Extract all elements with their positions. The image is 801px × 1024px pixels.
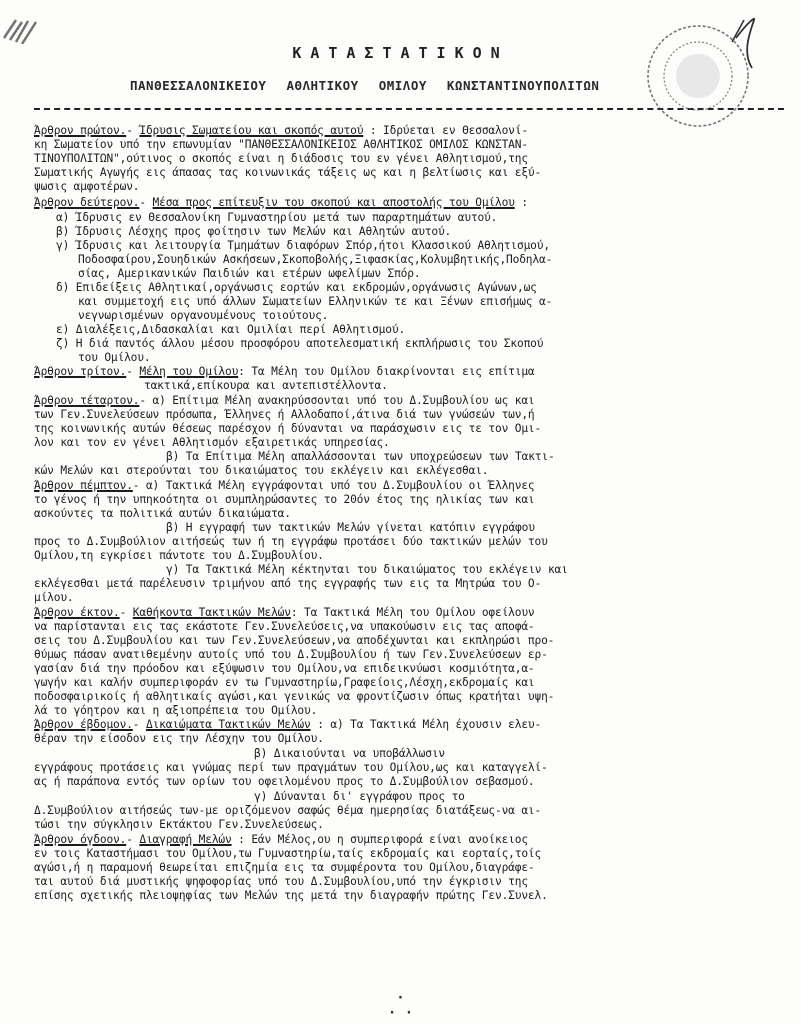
text-line: γ) Δύνανται δι' εγγράφου προς το [254, 790, 465, 804]
line-text: των Γεν.Συνελεύσεων πρόσωπα, Έλληνες ή Α… [34, 408, 535, 421]
line-text: ας ή παράπονα εντός των ορίων του οφειλο… [34, 775, 535, 788]
line-text: του Ομίλου. [78, 351, 150, 364]
text-line: β) Τα Επίτιμα Μέλη απαλλάσσονται των υπο… [166, 450, 555, 464]
text-line: κη Σωματείον υπό την επωνυμίαν "ΠΑΝΘΕΣΣΑ… [34, 138, 528, 152]
text-line: ε) Διαλέξεις,Διδασκαλίαι και Ομιλίαι περ… [56, 323, 405, 337]
line-text: θέραν την είσοδον εις την Λέσχην του Ομί… [34, 732, 324, 745]
article-number: Άρθρον έκτον. [34, 606, 120, 619]
line-text: - [126, 124, 139, 137]
article-topic: Μέσα προς επίτευξιν του σκοπού και αποστ… [153, 196, 515, 209]
text-line: θύμως πάσαν ανατιθεμένην αυτοίς υπό του … [34, 648, 548, 662]
line-text: : [515, 196, 528, 209]
line-text: γωγήν και καλήν συμπεριφοράν εν τω Γυμνα… [34, 676, 535, 689]
club-seal-stamp-icon [640, 12, 770, 130]
line-text: : Εάν Μέλος,ου η συμπεριφορά είναι ανοίκ… [232, 833, 528, 846]
text-line: ας ή παράπονα εντός των ορίων του οφειλο… [34, 775, 535, 789]
line-text: - [133, 718, 146, 731]
article-topic: Δικαιώματα Τακτικών Μελών [146, 718, 311, 731]
ending-mark: · · [0, 1005, 801, 1021]
line-text: ται αυτού διά μυστικής ψηφοφορίας υπό το… [34, 875, 528, 888]
line-text: εκλέγεσθαι μετά παρέλευσιν τριμήνου από … [34, 577, 541, 590]
line-text: γασίαν διά την πρόοδον και εξύψωσιν του … [34, 662, 535, 675]
text-line: τακτικά,επίκουρα και αντεπιστέλλοντα. [144, 379, 388, 393]
article-heading-line: Άρθρον τέταρτον.- α) Επίτιμα Μέλη ανακηρ… [34, 394, 535, 408]
scanned-page: ΚΑΤΑΣΤΑΤΙΚΟΝ ΠΑΝΘΕΣΣΑΛΟΝΙΚΕΙΟΥ ΑΘΛΗΤΙΚΟΥ… [0, 0, 801, 1024]
line-text: εν τοις Καταστήμασι του Ομίλου,τω Γυμνασ… [34, 847, 541, 860]
line-text: - [139, 196, 152, 209]
text-line: νεγνωρισμένων οργανουμένους τοιούτους. [78, 309, 328, 323]
line-text: α) Ίδρυσις εν Θεσσαλονίκη Γυμναστηρίου μ… [56, 211, 497, 224]
text-line: τώσι την σύγκλησιν Εκτάκτου Γεν.Συνελεύσ… [34, 818, 324, 832]
line-text: νεγνωρισμένων οργανουμένους τοιούτους. [78, 309, 328, 322]
text-line: να παρίστανται εις τας εκάστοτε Γεν.Συνε… [34, 620, 535, 634]
article-topic: Διαγραφή Μελών [139, 833, 231, 846]
text-line: δ) Επιδείξεις Αθλητικαί,οργάνωσις εορτών… [56, 281, 537, 295]
text-line: του Ομίλου. [78, 351, 150, 365]
line-text: σεις του Δ.Συμβουλίου και των Γεν.Συνελε… [34, 634, 554, 647]
line-text: Σωματικής Αγωγής εις άπασας τας κοινωνικ… [34, 166, 541, 179]
line-text: ψωσις αμφοτέρων. [34, 180, 139, 193]
text-line: Σωματικής Αγωγής εις άπασας τας κοινωνικ… [34, 166, 541, 180]
line-text: ΤΙΝΟΥΠΟΛΙΤΩΝ",ούτινος ο σκοπός είναι η δ… [34, 152, 528, 165]
text-line: θέραν την είσοδον εις την Λέσχην του Ομί… [34, 732, 324, 746]
text-line: β) Ίδρυσις Λέσχης προς φοίτησιν των Μελώ… [56, 225, 451, 239]
line-text: : Τα Τακτικά Μέλη του Ομίλου οφείλουν [291, 606, 535, 619]
line-text: λά το γόητρον και η αξιοπρέπεια του Ομίλ… [34, 704, 317, 717]
line-text: εγγράφους προτάσεις και γνώμας περί των … [34, 761, 548, 774]
ending-mark: · [0, 990, 801, 1006]
text-line: γ) Ίδρυσις και λειτουργία Τμημάτων διαφό… [56, 239, 550, 253]
ink-smudge [2, 16, 42, 44]
article-heading-line: Άρθρον έβδομον.- Δικαιώματα Τακτικών Μελ… [34, 718, 541, 732]
line-text: Ομίλου,τη εγκρίσει πάντοτε του Δ.Συμβουλ… [34, 549, 324, 562]
article-topic: Μέλη του Ομίλου [139, 365, 238, 378]
article-heading-line: Άρθρον πέμπτον.- α) Τακτικά Μέλη εγγράφο… [34, 479, 535, 493]
line-text: προς το Δ.Συμβούλιον αιτήσεώς των ή τη ε… [34, 535, 548, 548]
text-line: ζ) Η διά παντός άλλου μέσου προσφόρου απ… [56, 337, 543, 351]
document-subtitle: ΠΑΝΘΕΣΣΑΛΟΝΙΚΕΙΟΥ ΑΘΛΗΤΙΚΟΥ ΟΜΙΛΟΥ ΚΩΝΣΤ… [130, 78, 599, 93]
text-line: επίσης σχετικής πλειοψηφίας των Μελών τη… [34, 889, 548, 903]
text-line: σεις του Δ.Συμβουλίου και των Γεν.Συνελε… [34, 634, 554, 648]
line-text: ζ) Η διά παντός άλλου μέσου προσφόρου απ… [56, 337, 543, 350]
article-number: Άρθρον τρίτον. [34, 365, 126, 378]
text-line: γασίαν διά την πρόοδον και εξύψωσιν του … [34, 662, 535, 676]
line-text: τώσι την σύγκλησιν Εκτάκτου Γεν.Συνελεύσ… [34, 818, 324, 831]
text-line: ΤΙΝΟΥΠΟΛΙΤΩΝ",ούτινος ο σκοπός είναι η δ… [34, 152, 528, 166]
article-heading-line: Άρθρον όγδοον.- Διαγραφή Μελών : Εάν Μέλ… [34, 833, 528, 847]
line-text: γ) Δύνανται δι' εγγράφου προς το [254, 790, 465, 803]
article-topic: Καθήκοντα Τακτικών Μελών [133, 606, 291, 619]
line-text: κη Σωματείον υπό την επωνυμίαν "ΠΑΝΘΕΣΣΑ… [34, 138, 528, 151]
article-heading-line: Άρθρον τρίτον.- Μέλη του Ομίλου: Τα Μέλη… [34, 365, 535, 379]
line-text: Δ.Συμβούλιον αιτήσεώς των-με οριζόμενον … [34, 804, 541, 817]
line-text: - [126, 833, 139, 846]
text-line: λον και τον εν γένει Αθλητισμόν εξαιρετι… [34, 436, 390, 450]
text-line: γ) Τα Τακτικά Μέλη κέκτηνται του δικαιώμ… [166, 563, 568, 577]
line-text: β) Τα Επίτιμα Μέλη απαλλάσσονται των υπο… [166, 450, 555, 463]
line-text: - α) Επίτιμα Μέλη ανακηρύσσονται υπό του… [139, 394, 534, 407]
line-text: β) Ίδρυσις Λέσχης προς φοίτησιν των Μελώ… [56, 225, 451, 238]
line-text: της κοινωνικής αυτών θέσεως παρέσχον ή δ… [34, 422, 541, 435]
article-number: Άρθρον πρώτον. [34, 124, 126, 137]
text-line: το γένος ή την υπηκοότητα οι συμπληρώσαν… [34, 493, 535, 507]
line-text: ποδοσφαιρικοίς ή αθλητικαίς αγώσι,και γε… [34, 690, 554, 703]
line-text: επίσης σχετικής πλειοψηφίας των Μελών τη… [34, 889, 548, 902]
text-line: ποδοσφαιρικοίς ή αθλητικαίς αγώσι,και γε… [34, 690, 554, 704]
text-line: μίλου. [34, 591, 74, 605]
text-line: Ποδοσφαίρου,Σουηδικών Ασκήσεων,Σκοποβολή… [78, 253, 552, 267]
line-text: αγώσι,ή η παραμονή θεωρείται επιζημία ει… [34, 861, 535, 874]
line-text: να παρίστανται εις τας εκάστοτε Γεν.Συνε… [34, 620, 535, 633]
article-number: Άρθρον έβδομον. [34, 718, 133, 731]
line-text: το γένος ή την υπηκοότητα οι συμπληρώσαν… [34, 493, 535, 506]
text-line: γωγήν και καλήν συμπεριφοράν εν τω Γυμνα… [34, 676, 535, 690]
line-text: - α) Τακτικά Μέλη εγγράφονται υπό του Δ.… [133, 479, 535, 492]
line-text: - [126, 365, 139, 378]
text-line: ται αυτού διά μυστικής ψηφοφορίας υπό το… [34, 875, 528, 889]
article-heading-line: Άρθρον πρώτον.- Ίδρυσις Σωματείου και σκ… [34, 124, 528, 138]
line-text: β) Δικαιούνται να υποβάλλωσιν [254, 747, 445, 760]
text-line: και συμμετοχή εις υπό άλλων Σωματείων Ελ… [78, 295, 552, 309]
line-text: και συμμετοχή εις υπό άλλων Σωματείων Ελ… [78, 295, 552, 308]
line-text: θύμως πάσαν ανατιθεμένην αυτοίς υπό του … [34, 648, 548, 661]
text-line: αγώσι,ή η παραμονή θεωρείται επιζημία ει… [34, 861, 535, 875]
article-number: Άρθρον δεύτερον. [34, 196, 139, 209]
article-heading-line: Άρθρον έκτον.- Καθήκοντα Τακτικών Μελών:… [34, 606, 535, 620]
line-text: τακτικά,επίκουρα και αντεπιστέλλοντα. [144, 379, 388, 392]
text-line: ασκούντες τα πολιτικά αυτών δικαιώματα. [34, 507, 291, 521]
line-text: β) Η εγγραφή των τακτικών Μελών γίνεται … [166, 521, 535, 534]
line-text: λον και τον εν γένει Αθλητισμόν εξαιρετι… [34, 436, 390, 449]
text-line: των Γεν.Συνελεύσεων πρόσωπα, Έλληνες ή Α… [34, 408, 535, 422]
text-line: ψωσις αμφοτέρων. [34, 180, 139, 194]
text-line: εν τοις Καταστήμασι του Ομίλου,τω Γυμνασ… [34, 847, 541, 861]
line-text: δ) Επιδείξεις Αθλητικαί,οργάνωσις εορτών… [56, 281, 537, 294]
line-text: - [120, 606, 133, 619]
text-line: σίας, Αμερικανικών Παιδιών και ετέρων ωφ… [78, 267, 420, 281]
text-line: κών Μελών και στερούνται του δικαιώματος… [34, 464, 488, 478]
line-text: κών Μελών και στερούνται του δικαιώματος… [34, 464, 488, 477]
line-text: : α) Τα Τακτικά Μέλη έχουσιν ελευ- [311, 718, 542, 731]
text-line: α) Ίδρυσις εν Θεσσαλονίκη Γυμναστηρίου μ… [56, 211, 497, 225]
text-line: προς το Δ.Συμβούλιον αιτήσεώς των ή τη ε… [34, 535, 548, 549]
text-line: της κοινωνικής αυτών θέσεως παρέσχον ή δ… [34, 422, 541, 436]
line-text: : Τα Μέλη του Ομίλου διακρίνονται εις επ… [238, 365, 534, 378]
text-line: Δ.Συμβούλιον αιτήσεώς των-με οριζόμενον … [34, 804, 541, 818]
text-line: Ομίλου,τη εγκρίσει πάντοτε του Δ.Συμβουλ… [34, 549, 324, 563]
article-number: Άρθρον όγδοον. [34, 833, 126, 846]
line-text: ε) Διαλέξεις,Διδασκαλίαι και Ομιλίαι περ… [56, 323, 405, 336]
line-text: ασκούντες τα πολιτικά αυτών δικαιώματα. [34, 507, 291, 520]
text-line: β) Δικαιούνται να υποβάλλωσιν [254, 747, 445, 761]
line-text: γ) Ίδρυσις και λειτουργία Τμημάτων διαφό… [56, 239, 550, 252]
text-line: λά το γόητρον και η αξιοπρέπεια του Ομίλ… [34, 704, 317, 718]
article-topic: Ίδρυσις Σωματείου και σκοπός αυτού [139, 124, 363, 137]
article-number: Άρθρον πέμπτον. [34, 479, 133, 492]
text-line: εγγράφους προτάσεις και γνώμας περί των … [34, 761, 548, 775]
article-heading-line: Άρθρον δεύτερον.- Μέσα προς επίτευξιν το… [34, 196, 528, 210]
line-text: σίας, Αμερικανικών Παιδιών και ετέρων ωφ… [78, 267, 420, 280]
article-number: Άρθρον τέταρτον. [34, 394, 139, 407]
text-line: εκλέγεσθαι μετά παρέλευσιν τριμήνου από … [34, 577, 541, 591]
line-text: Ποδοσφαίρου,Σουηδικών Ασκήσεων,Σκοποβολή… [78, 253, 552, 266]
line-text: μίλου. [34, 591, 74, 604]
line-text: γ) Τα Τακτικά Μέλη κέκτηνται του δικαιώμ… [166, 563, 568, 576]
text-line: β) Η εγγραφή των τακτικών Μελών γίνεται … [166, 521, 535, 535]
line-text: : Ιδρύεται εν Θεσσαλονί- [363, 124, 528, 137]
